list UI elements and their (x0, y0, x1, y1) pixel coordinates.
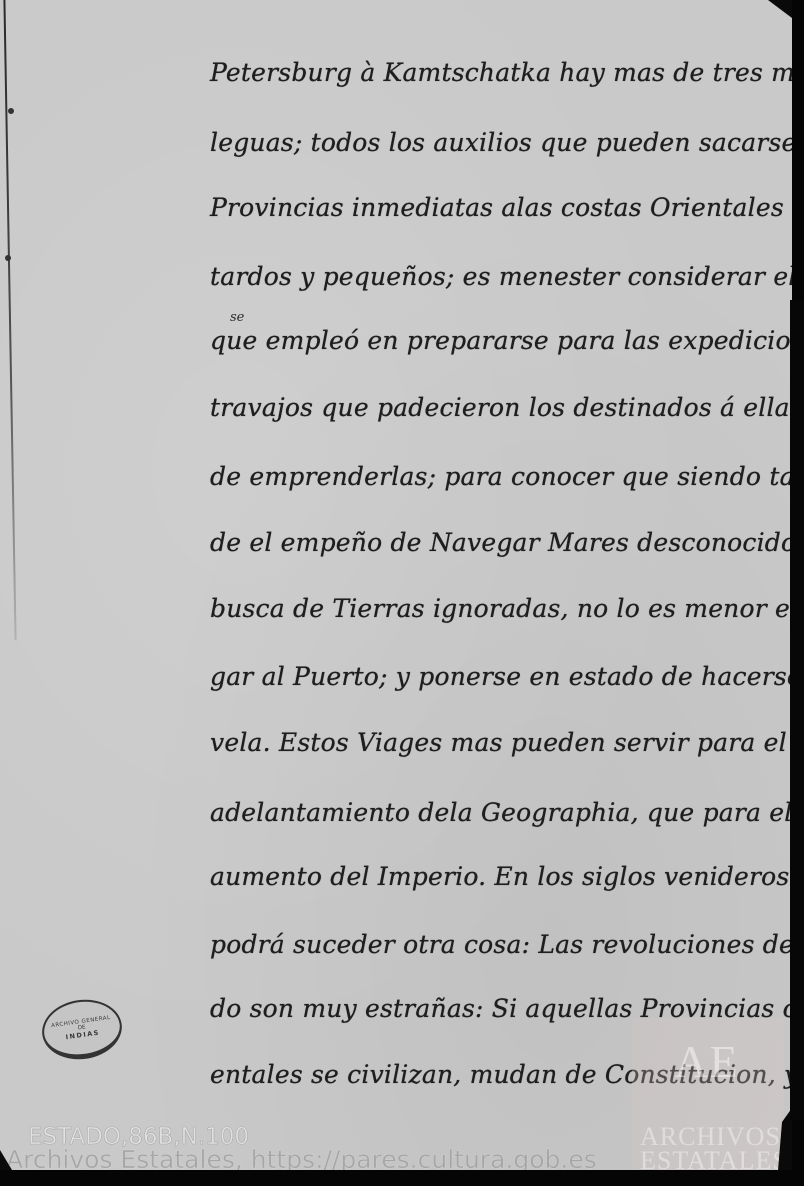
stamp-bottom-text: INDIAS (65, 1029, 100, 1042)
manuscript-line: de el empeño de Navegar Mares desconocid… (210, 528, 804, 558)
manuscript-line: que empleó en prepararse para las expedi… (210, 326, 804, 356)
manuscript-line: Petersburg à Kamtschatka hay mas de tres… (210, 58, 804, 88)
archive-stamp: ARCHIVO GENERAL DE INDIAS (38, 995, 125, 1065)
binding-margin-line (3, 0, 16, 640)
archivos-estatales-logo: AE ARCHIVOS ESTATALES (632, 1018, 784, 1170)
manuscript-line: podrá suceder otra cosa: Las revolucione… (210, 930, 804, 960)
manuscript-line: busca de Tierras ignoradas, no lo es men… (210, 594, 804, 624)
manuscript-text: Petersburg à Kamtschatka hay mas de tres… (210, 0, 800, 1100)
manuscript-line: de emprenderlas; para conocer que siendo… (210, 462, 804, 492)
manuscript-line: leguas; todos los auxilios que pueden sa… (210, 128, 804, 158)
scan-edge-shadow (790, 300, 804, 1120)
margin-mark (8, 108, 14, 114)
document-scan: Petersburg à Kamtschatka hay mas de tres… (0, 0, 804, 1186)
manuscript-line: aumento del Imperio. En los siglos venid… (210, 862, 789, 892)
manuscript-line: tardos y pequeños; es menester considera… (210, 262, 804, 292)
scan-edge-shadow (0, 1170, 804, 1186)
logo-mark-icon: AE (662, 1036, 752, 1088)
manuscript-line: gar al Puerto; y ponerse en estado de ha… (210, 662, 804, 692)
interlinear-insertion: se (230, 310, 244, 325)
manuscript-line: adelantamiento dela Geographia, que para… (210, 798, 792, 828)
manuscript-paper: Petersburg à Kamtschatka hay mas de tres… (0, 0, 792, 1170)
margin-mark (5, 255, 11, 261)
manuscript-line: vela. Estos Viages mas pueden servir par… (210, 728, 787, 758)
manuscript-line: Provincias inmediatas alas costas Orient… (210, 193, 804, 223)
manuscript-line: travajos que padecieron los destinados á… (210, 393, 804, 423)
